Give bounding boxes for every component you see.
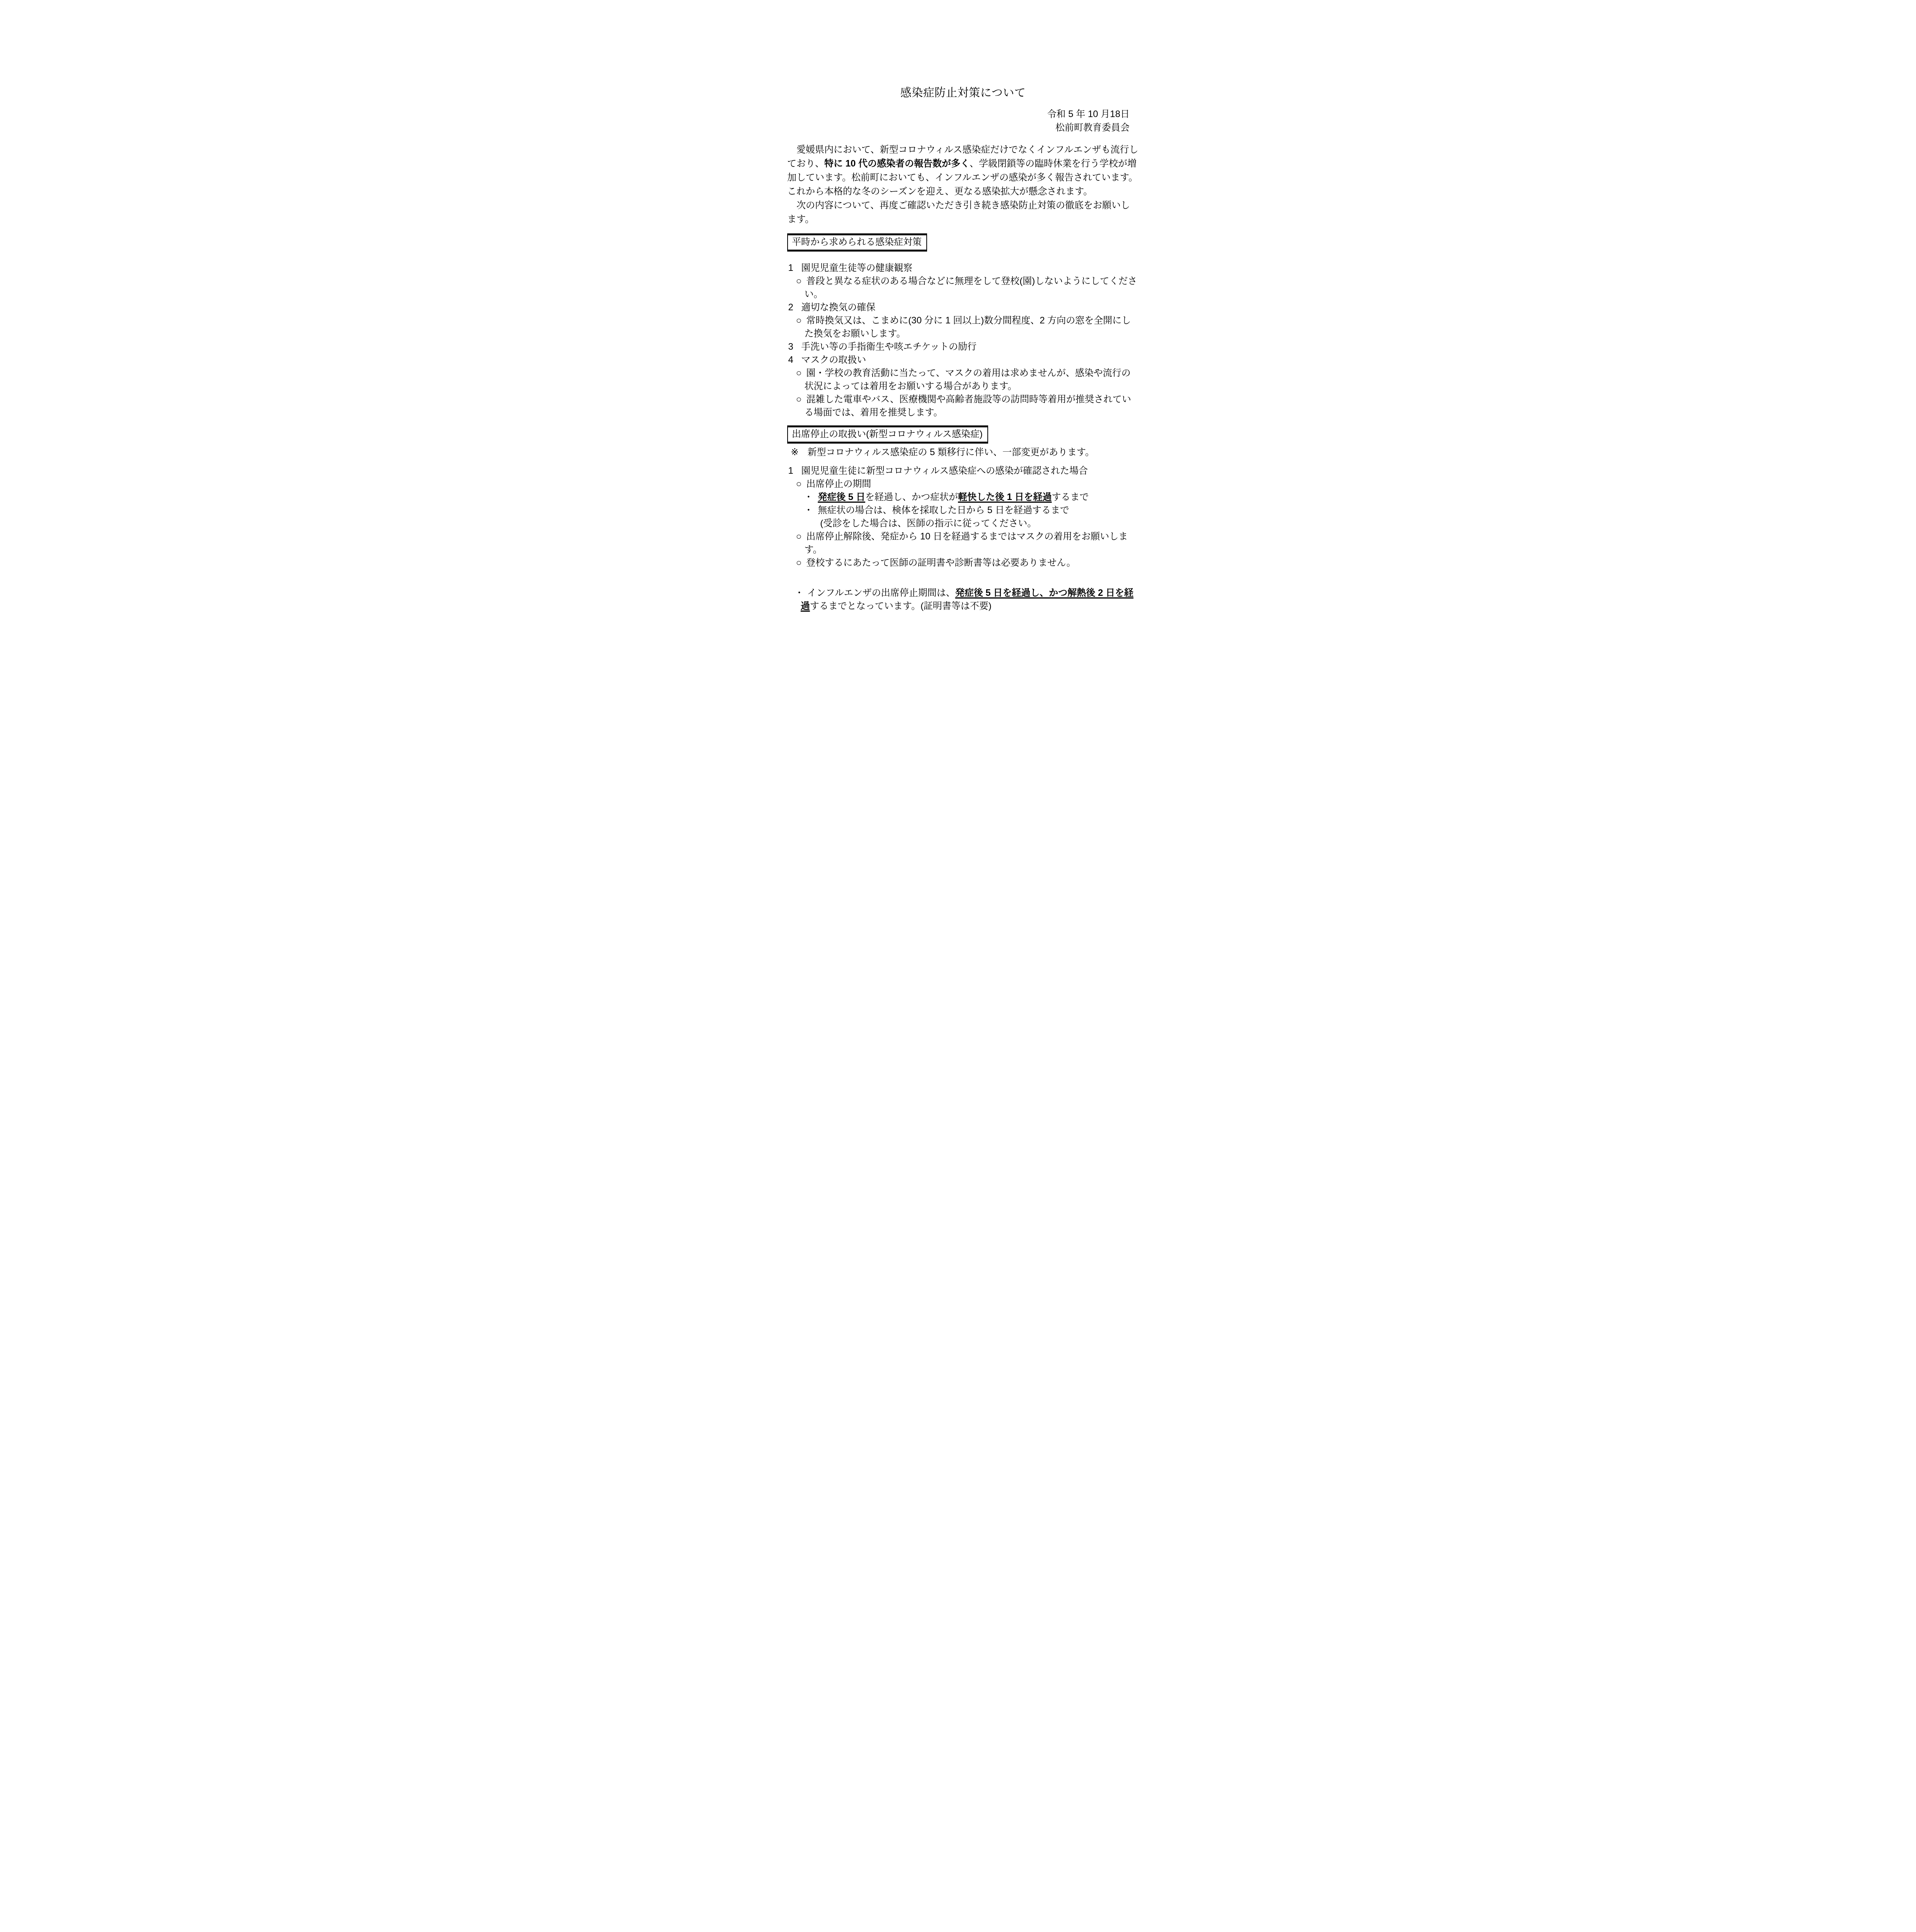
document-page: 感染症防止対策について 令和 5 年 10 月18日 松前町教育委員会 愛媛県内… <box>718 0 1198 678</box>
section2-heading-box: 出席停止の取扱い(新型コロナウィルス感染症) <box>787 425 988 444</box>
list-item: ○出席停止解除後、発症から 10 日を経過するまではマスクの着用をお願いします。 <box>787 530 1139 556</box>
circle-marker: ○ <box>796 479 802 489</box>
list-item: ○混雑した電車やバス、医療機関や高齢者施設等の訪問時等着用が推奨されている場面で… <box>787 393 1139 419</box>
circle-marker: ○ <box>796 394 802 405</box>
date-block: 令和 5 年 10 月18日 松前町教育委員会 <box>787 107 1139 134</box>
item-text: 出席停止解除後、発症から 10 日を経過するまではマスクの着用をお願いします。 <box>804 531 1128 555</box>
section1-list: 1園児児童生徒等の健康観察 ○普段と異なる症状のある場合などに無理をして登校(園… <box>787 262 1139 419</box>
intro-paragraph-2: 次の内容について、再度ご確認いただき引き続き感染防止対策の徹底をお願いします。 <box>787 199 1139 226</box>
intro-paragraph-1: 愛媛県内において、新型コロナウィルス感染症だけでなくインフルエンザも流行しており… <box>787 143 1139 199</box>
item-text: インフルエンザの出席停止期間は、発症後 5 日を経過し、かつ解熱後 2 日を経過… <box>801 588 1133 611</box>
item-number: 3 <box>788 342 793 352</box>
item-text: 発症後 5 日を経過し、かつ症状が軽快した後 1 日を経過するまで <box>818 492 1089 502</box>
list-item-parenthetical: (受診をした場合は、医師の指示に従ってください。 <box>787 517 1139 530</box>
reference-mark: ※ <box>791 447 799 457</box>
issuing-organization: 松前町教育委員会 <box>787 121 1130 134</box>
list-item: ○登校するにあたって医師の証明書や診断書等は必要ありません。 <box>787 556 1139 570</box>
list-item: 4マスクの取扱い <box>787 354 1139 367</box>
item-text: 登校するにあたって医師の証明書や診断書等は必要ありません。 <box>806 558 1075 568</box>
item-number: 1 <box>788 263 793 273</box>
circle-marker: ○ <box>796 276 802 286</box>
list-item: 1園児児童生徒に新型コロナウィルス感染症への感染が確認された場合 <box>787 464 1139 478</box>
circle-marker: ○ <box>796 315 802 326</box>
item-number: 1 <box>788 466 793 476</box>
list-item: 1園児児童生徒等の健康観察 <box>787 262 1139 275</box>
circle-marker: ○ <box>796 531 802 542</box>
dot-marker: ・ <box>795 588 804 598</box>
list-item: ○常時換気又は、こまめに(30 分に 1 回以上)数分間程度、2 方向の窓を全開… <box>787 314 1139 340</box>
page-title: 感染症防止対策について <box>787 86 1139 100</box>
list-item: ○出席停止の期間 <box>787 478 1139 491</box>
note-text: 新型コロナウィルス感染症の 5 類移行に伴い、一部変更があります。 <box>808 447 1095 457</box>
item-text: 混雑した電車やバス、医療機関や高齢者施設等の訪問時等着用が推奨されている場面では… <box>804 394 1131 418</box>
section2-heading: 出席停止の取扱い(新型コロナウィルス感染症) <box>792 429 983 439</box>
issue-date: 令和 5 年 10 月18日 <box>787 107 1130 121</box>
item-number: 2 <box>788 302 793 313</box>
item-text: マスクの取扱い <box>801 355 866 365</box>
section1-heading-box: 平時から求められる感染症対策 <box>787 233 927 252</box>
list-item: ○園・学校の教育活動に当たって、マスクの着用は求めませんが、感染や流行の状況によ… <box>787 367 1139 393</box>
dot-marker: ・ <box>804 492 813 502</box>
item-text: 出席停止の期間 <box>806 479 871 489</box>
list-item: ・無症状の場合は、検体を採取した日から 5 日を経過するまで <box>787 504 1139 517</box>
item-text: 園・学校の教育活動に当たって、マスクの着用は求めませんが、感染や流行の状況によっ… <box>804 368 1130 391</box>
item-text: 普段と異なる症状のある場合などに無理をして登校(園)しないようにしてください。 <box>804 276 1137 299</box>
section2-list: 1園児児童生徒に新型コロナウィルス感染症への感染が確認された場合 ○出席停止の期… <box>787 464 1139 613</box>
circle-marker: ○ <box>796 368 802 378</box>
section1-heading: 平時から求められる感染症対策 <box>792 237 922 247</box>
list-item: ・発症後 5 日を経過し、かつ症状が軽快した後 1 日を経過するまで <box>787 491 1139 504</box>
item-text: 園児児童生徒に新型コロナウィルス感染症への感染が確認された場合 <box>801 466 1088 476</box>
item-text: 常時換気又は、こまめに(30 分に 1 回以上)数分間程度、2 方向の窓を全開に… <box>804 315 1131 339</box>
item-text: 無症状の場合は、検体を採取した日から 5 日を経過するまで <box>818 505 1069 515</box>
list-item-influenza: ・インフルエンザの出席停止期間は、発症後 5 日を経過し、かつ解熱後 2 日を経… <box>787 587 1139 613</box>
circle-marker: ○ <box>796 558 802 568</box>
dot-marker: ・ <box>804 505 813 515</box>
list-item: 2適切な換気の確保 <box>787 301 1139 314</box>
item-number: 4 <box>788 355 793 365</box>
item-text: 園児児童生徒等の健康観察 <box>801 263 912 273</box>
list-item: 3手洗い等の手指衛生や咳エチケットの励行 <box>787 340 1139 354</box>
item-text: 手洗い等の手指衛生や咳エチケットの励行 <box>801 342 977 352</box>
list-item: ○普段と異なる症状のある場合などに無理をして登校(園)しないようにしてください。 <box>787 275 1139 301</box>
section2-note: ※新型コロナウィルス感染症の 5 類移行に伴い、一部変更があります。 <box>787 446 1139 459</box>
item-text: 適切な換気の確保 <box>801 302 875 313</box>
item-text: (受診をした場合は、医師の指示に従ってください。 <box>820 518 1036 529</box>
